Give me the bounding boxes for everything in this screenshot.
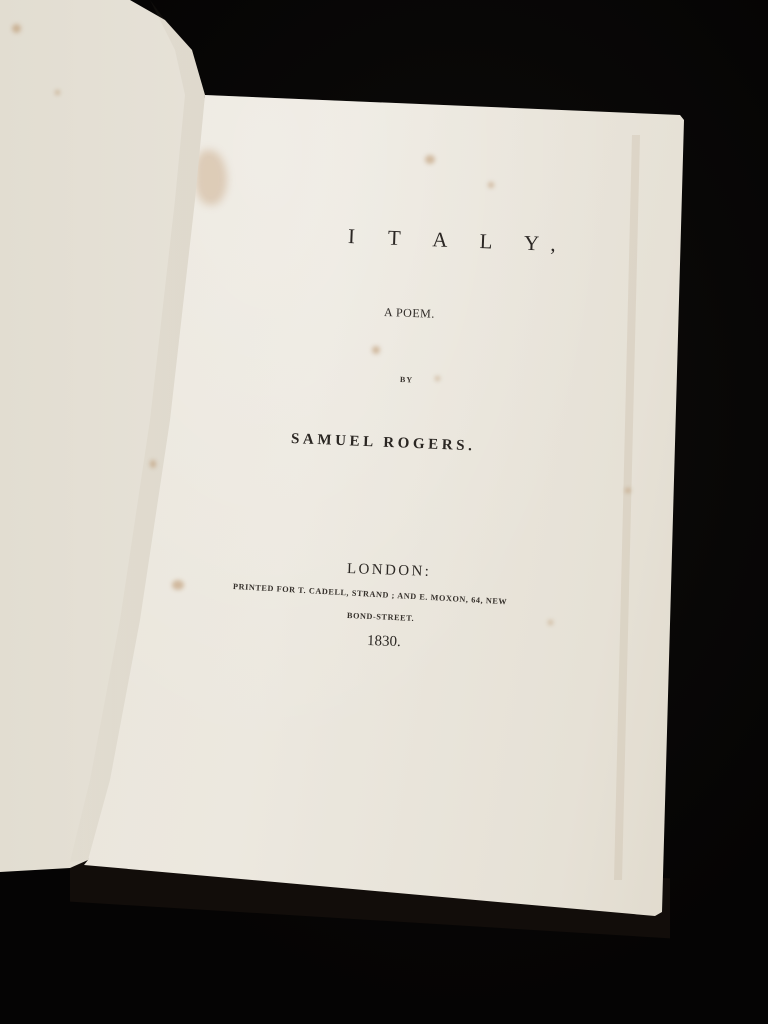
title-page-text: I T A L Y, A POEM. BY SAMUEL ROGERS. LON…	[0, 0, 768, 1024]
publication-year: 1830.	[367, 633, 401, 651]
by-line: BY	[400, 375, 413, 384]
book-title: I T A L Y,	[348, 224, 571, 257]
book-subtitle: A POEM.	[384, 305, 435, 322]
imprint-line-1: PRINTED FOR T. CADELL, STRAND ; AND E. M…	[233, 582, 508, 606]
author-name: SAMUEL ROGERS.	[291, 431, 476, 455]
publication-city: LONDON:	[347, 561, 432, 581]
imprint-line-2: BOND-STREET.	[347, 611, 415, 623]
